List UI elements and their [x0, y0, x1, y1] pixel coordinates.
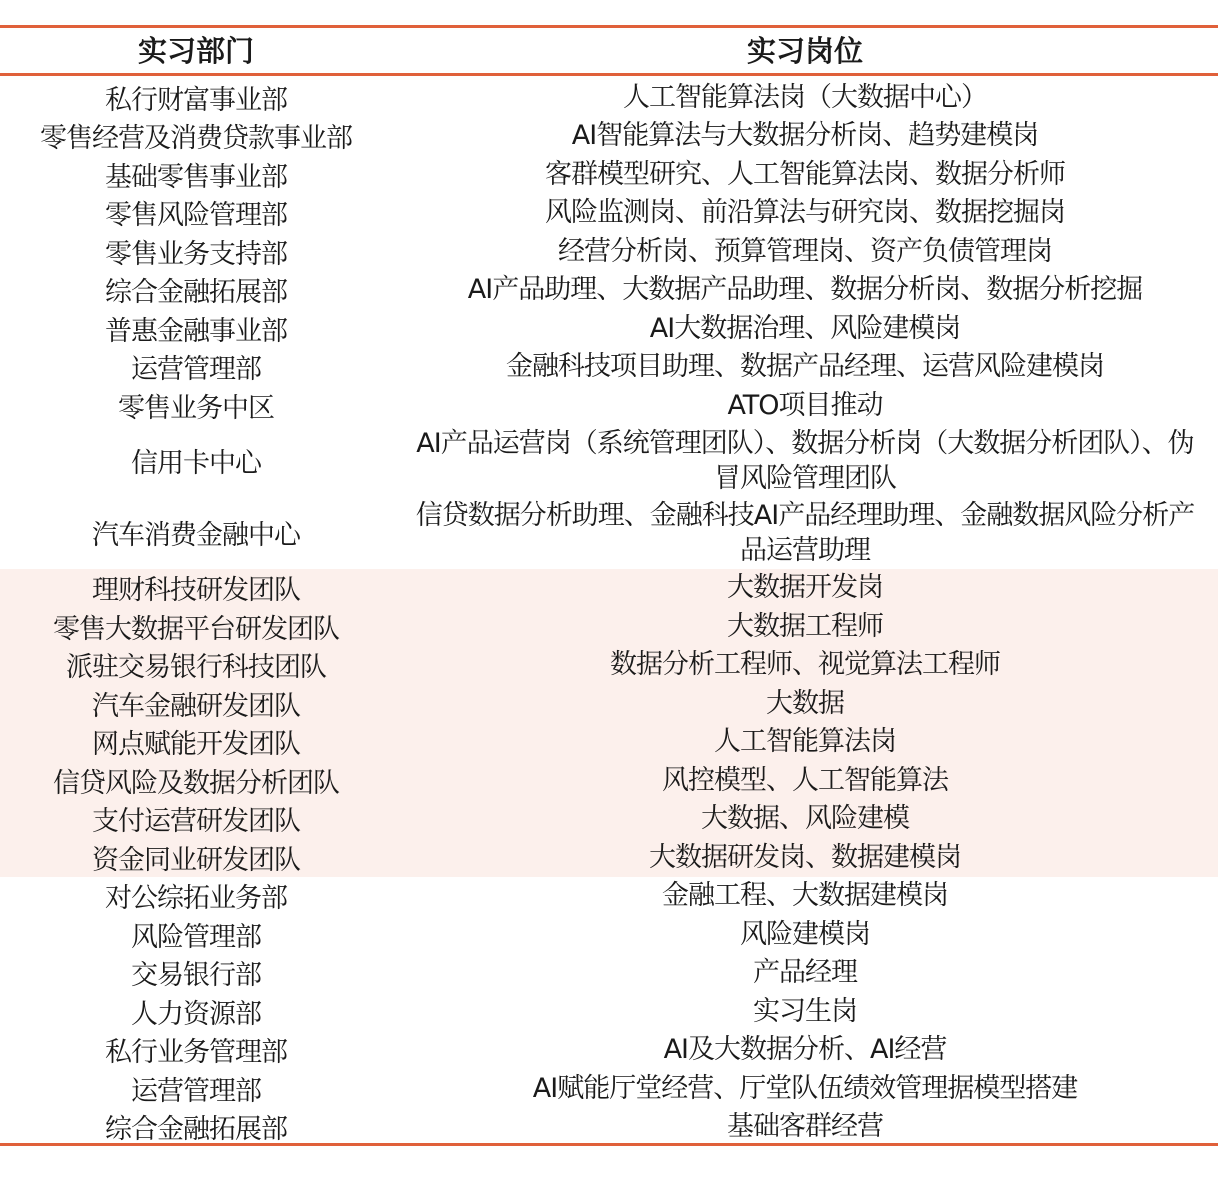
table-row: 网点赋能开发团队人工智能算法岗 [0, 723, 1218, 762]
table-body: 私行财富事业部人工智能算法岗（大数据中心） 零售经营及消费贷款事业部AI智能算法… [0, 78, 1218, 1146]
department-cell: 零售风险管理部 [0, 193, 392, 232]
table-row: 零售业务支持部经营分析岗、预算管理岗、资产负债管理岗 [0, 232, 1218, 271]
position-cell: 风控模型、人工智能算法 [392, 763, 1218, 798]
department-cell: 人力资源部 [0, 992, 392, 1031]
position-cell: 金融科技项目助理、数据产品经理、运营风险建模岗 [392, 349, 1218, 384]
department-cell: 支付运营研发团队 [0, 799, 392, 838]
department-cell: 信贷风险及数据分析团队 [0, 761, 392, 800]
department-cell: 零售大数据平台研发团队 [0, 607, 392, 646]
department-cell: 私行财富事业部 [0, 78, 392, 117]
table-row: 信用卡中心AI产品运营岗（系统管理团队）、数据分析岗（大数据分析团队）、伪冒风险… [0, 425, 1218, 497]
department-cell: 综合金融拓展部 [0, 1107, 392, 1146]
table-row: 汽车金融研发团队大数据 [0, 684, 1218, 723]
position-cell: 数据分析工程师、视觉算法工程师 [392, 647, 1218, 682]
position-cell: 金融工程、大数据建模岗 [392, 878, 1218, 913]
position-cell: 经营分析岗、预算管理岗、资产负债管理岗 [392, 234, 1218, 269]
position-cell: 大数据工程师 [392, 609, 1218, 644]
position-cell: 大数据开发岗 [392, 570, 1218, 605]
bottom-rule [0, 1143, 1218, 1146]
table-row: 零售经营及消费贷款事业部AI智能算法与大数据分析岗、趋势建模岗 [0, 117, 1218, 156]
department-cell: 私行业务管理部 [0, 1030, 392, 1069]
table-header: 实习部门 实习岗位 [0, 30, 1218, 73]
table-row: 零售大数据平台研发团队大数据工程师 [0, 607, 1218, 646]
department-cell: 资金同业研发团队 [0, 838, 392, 877]
header-department: 实习部门 [0, 30, 392, 73]
table-row: 交易银行部产品经理 [0, 954, 1218, 993]
position-cell: AI智能算法与大数据分析岗、趋势建模岗 [392, 118, 1218, 153]
position-cell: AI赋能厅堂经营、厅堂队伍绩效管理据模型搭建 [392, 1071, 1218, 1106]
table-row: 基础零售事业部客群模型研究、人工智能算法岗、数据分析师 [0, 155, 1218, 194]
table-row: 资金同业研发团队大数据研发岗、数据建模岗 [0, 838, 1218, 877]
table-row: 综合金融拓展部AI产品助理、大数据产品助理、数据分析岗、数据分析挖掘 [0, 271, 1218, 310]
department-cell: 运营管理部 [0, 347, 392, 386]
position-cell: 风险监测岗、前沿算法与研究岗、数据挖掘岗 [392, 195, 1218, 230]
table-row: 人力资源部实习生岗 [0, 992, 1218, 1031]
header-position: 实习岗位 [392, 30, 1218, 73]
position-cell: 人工智能算法岗（大数据中心） [392, 80, 1218, 115]
table-row: 汽车消费金融中心信贷数据分析助理、金融科技AI产品经理助理、金融数据风险分析产品… [0, 497, 1218, 569]
department-cell: 派驻交易银行科技团队 [0, 645, 392, 684]
position-cell: 基础客群经营 [392, 1109, 1218, 1144]
department-cell: 零售业务中区 [0, 386, 392, 425]
table-row: 零售风险管理部风险监测岗、前沿算法与研究岗、数据挖掘岗 [0, 194, 1218, 233]
department-cell: 风险管理部 [0, 915, 392, 954]
position-cell: 客群模型研究、人工智能算法岗、数据分析师 [392, 157, 1218, 192]
position-cell: 产品经理 [392, 955, 1218, 990]
department-cell: 运营管理部 [0, 1069, 392, 1108]
position-cell: AI产品运营岗（系统管理团队）、数据分析岗（大数据分析团队）、伪冒风险管理团队 [392, 426, 1218, 496]
position-cell: 大数据研发岗、数据建模岗 [392, 840, 1218, 875]
position-cell: 大数据、风险建模 [392, 801, 1218, 836]
position-cell: AI产品助理、大数据产品助理、数据分析岗、数据分析挖掘 [392, 272, 1218, 307]
table-row: 零售业务中区ATO项目推动 [0, 386, 1218, 425]
table-row: 对公综拓业务部金融工程、大数据建模岗 [0, 877, 1218, 916]
table-row: 综合金融拓展部基础客群经营 [0, 1108, 1218, 1147]
department-cell: 综合金融拓展部 [0, 270, 392, 309]
department-cell: 零售业务支持部 [0, 232, 392, 271]
table-row: 私行财富事业部人工智能算法岗（大数据中心） [0, 78, 1218, 117]
position-cell: 大数据 [392, 686, 1218, 721]
position-cell: AI及大数据分析、AI经营 [392, 1032, 1218, 1067]
department-cell: 基础零售事业部 [0, 155, 392, 194]
table-row: 私行业务管理部AI及大数据分析、AI经营 [0, 1031, 1218, 1070]
table-row: 普惠金融事业部AI大数据治理、风险建模岗 [0, 309, 1218, 348]
department-cell: 信用卡中心 [0, 441, 392, 480]
department-cell: 汽车金融研发团队 [0, 684, 392, 723]
position-cell: 风险建模岗 [392, 917, 1218, 952]
position-cell: 实习生岗 [392, 994, 1218, 1029]
table-row: 运营管理部金融科技项目助理、数据产品经理、运营风险建模岗 [0, 348, 1218, 387]
department-cell: 理财科技研发团队 [0, 568, 392, 607]
position-cell: ATO项目推动 [392, 388, 1218, 423]
table-row: 信贷风险及数据分析团队风控模型、人工智能算法 [0, 761, 1218, 800]
table-row: 支付运营研发团队大数据、风险建模 [0, 800, 1218, 839]
department-cell: 网点赋能开发团队 [0, 722, 392, 761]
department-cell: 对公综拓业务部 [0, 876, 392, 915]
position-cell: 人工智能算法岗 [392, 724, 1218, 759]
department-cell: 普惠金融事业部 [0, 309, 392, 348]
position-cell: 信贷数据分析助理、金融科技AI产品经理助理、金融数据风险分析产品运营助理 [392, 498, 1218, 568]
header-rule [0, 73, 1218, 76]
top-rule [0, 25, 1218, 28]
table-row: 风险管理部风险建模岗 [0, 915, 1218, 954]
department-cell: 零售经营及消费贷款事业部 [0, 116, 392, 155]
table-row: 派驻交易银行科技团队数据分析工程师、视觉算法工程师 [0, 646, 1218, 685]
position-cell: AI大数据治理、风险建模岗 [392, 311, 1218, 346]
department-cell: 汽车消费金融中心 [0, 513, 392, 552]
department-cell: 交易银行部 [0, 953, 392, 992]
table-row: 运营管理部AI赋能厅堂经营、厅堂队伍绩效管理据模型搭建 [0, 1069, 1218, 1108]
table-row: 理财科技研发团队大数据开发岗 [0, 569, 1218, 608]
